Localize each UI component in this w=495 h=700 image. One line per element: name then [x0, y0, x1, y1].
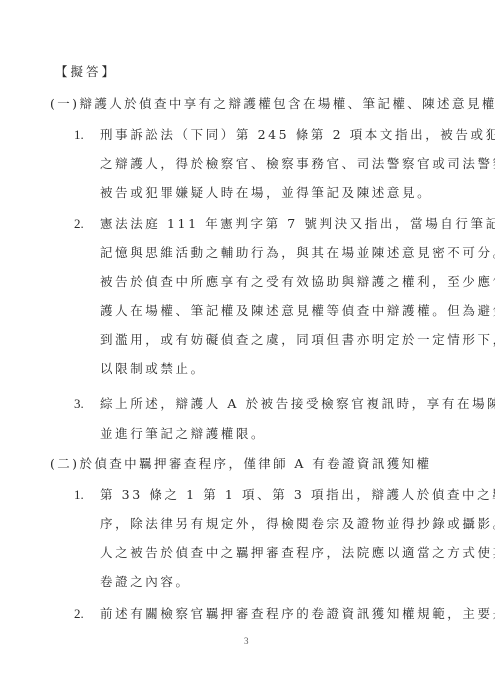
item-number: 2.: [74, 606, 84, 622]
paragraph-line: 刑事訴訟法（下同）第 245 條第 2 項本文指出，被告或犯罪嫌疑人: [100, 127, 495, 143]
answer-heading: 【擬答】: [55, 64, 117, 80]
item-number: 1.: [74, 487, 84, 503]
item-number: 1.: [74, 127, 84, 143]
paragraph-line: 並進行筆記之辯護權限。: [100, 426, 266, 442]
paragraph-line: 卷證之內容。: [100, 574, 191, 590]
page-number: 3: [244, 636, 249, 646]
paragraph-line: 到濫用，或有妨礙偵查之虞，同項但書亦明定於一定情形下，仍得予: [100, 332, 495, 348]
paragraph-line: 序，除法律另有規定外，得檢閱卷宗及證物並得抄錄或攝影。無辯護: [100, 516, 495, 532]
paragraph-line: 人之被告於偵查中之羈押審查程序，法院應以適當之方式使其獲知: [100, 545, 495, 561]
paragraph-line: 記憶與思維活動之輔助行為，與其在場並陳述意見密不可分。因此，: [100, 245, 495, 261]
item-number: 2.: [74, 216, 84, 232]
section-1-title: (一)辯護人於偵查中享有之辯護權包含在場權、筆記權、陳述意見權: [50, 96, 495, 112]
paragraph-line: 被告或犯罪嫌疑人時在場，並得筆記及陳述意見。: [100, 185, 432, 201]
document-page: 【擬答】 (一)辯護人於偵查中享有之辯護權包含在場權、筆記權、陳述意見權 1. …: [0, 0, 495, 700]
paragraph-line: 被告於偵查中所應享有之受有效協助與辯護之權利，至少應包括辯: [100, 274, 495, 290]
paragraph-line: 綜上所述，辯護人 A 於被告接受檢察官複訊時，享有在場陳述意見，: [100, 396, 495, 412]
paragraph-line: 憲法法庭 111 年憲判字第 7 號判決又指出，當場自行筆記，乃屬其: [100, 216, 495, 232]
section-2-title: (二)於偵查中羈押審查程序，僅律師 A 有卷證資訊獲知權: [50, 456, 431, 472]
paragraph-line: 第 33 條之 1 第 1 項、第 3 項指出，辯護人於偵查中之羈押審查程: [100, 487, 495, 503]
paragraph-line: 以限制或禁止。: [100, 361, 206, 377]
item-number: 3.: [74, 396, 84, 412]
paragraph-line: 前述有關檢察官羈押審查程序的卷證資訊獲知權規範，主要是來自: [100, 606, 495, 622]
paragraph-line: 之辯護人，得於檢察官、檢察事務官、司法警察官或司法警察訊問該: [100, 156, 495, 172]
paragraph-line: 護人在場權、筆記權及陳述意見權等偵查中辯護權。但為避免權利遭: [100, 303, 495, 319]
